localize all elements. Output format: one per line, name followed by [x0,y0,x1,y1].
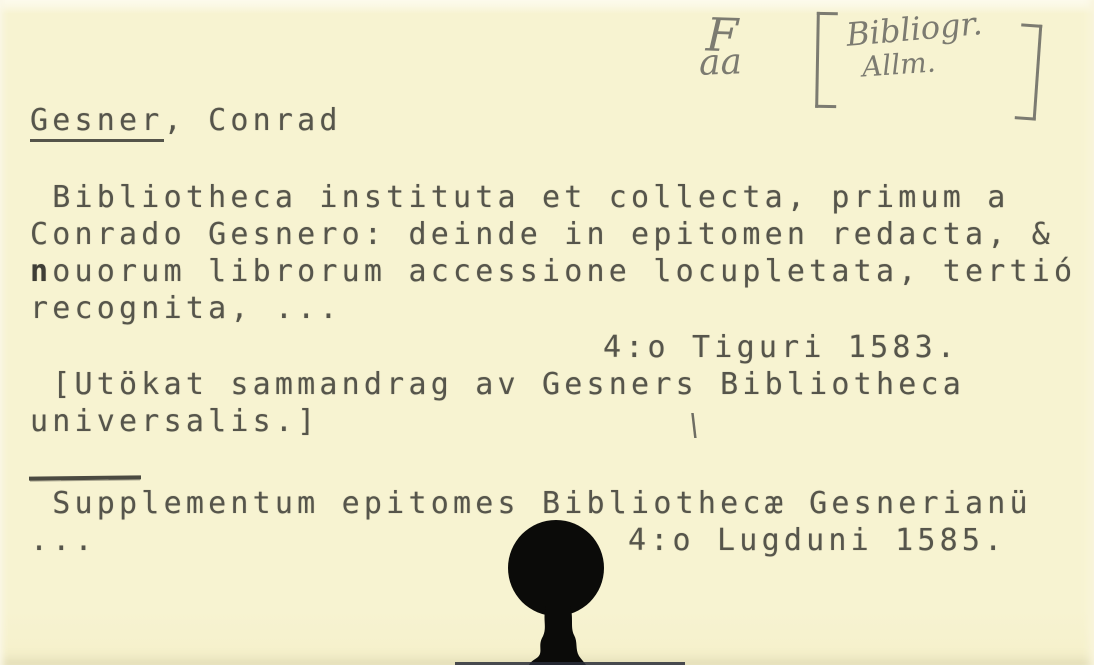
title-line-3: nouorum librorum accessione locupletata,… [30,253,1076,290]
imprint-tiguri-1583: 4:o Tiguri 1583. [603,329,959,366]
left-bracket-mark [815,12,838,108]
title-line-2: Conrado Gesnero: deinde in epitomen reda… [30,216,1054,253]
catalog-card: F aa Bibliogr. Allm. Gesner, Conrad Bibl… [0,0,1094,665]
author-heading: Gesner, Conrad [30,102,342,139]
note-line-1: [Utökat sammandrag av Gesners Bibliothec… [30,366,965,403]
author-surname: Gesner [30,103,164,142]
imprint-lugduni-1585: 4:o Lugduni 1585. [628,522,1006,559]
entry2-ellipsis: ... [30,522,97,559]
hole-punch [492,516,620,665]
classification-subletter: aa [698,41,742,83]
stray-pencil-mark: \ [686,408,704,443]
note-line-2: universalis.] [30,403,319,440]
subject-note-line2: Allm. [861,45,937,83]
repeat-author-dash [29,475,141,480]
title-line-4: recognita, ... [30,290,342,327]
title-line-1: Bibliotheca instituta et collecta, primu… [30,179,1010,216]
author-forename: , Conrad [164,103,342,138]
right-bracket-mark [1015,23,1043,120]
